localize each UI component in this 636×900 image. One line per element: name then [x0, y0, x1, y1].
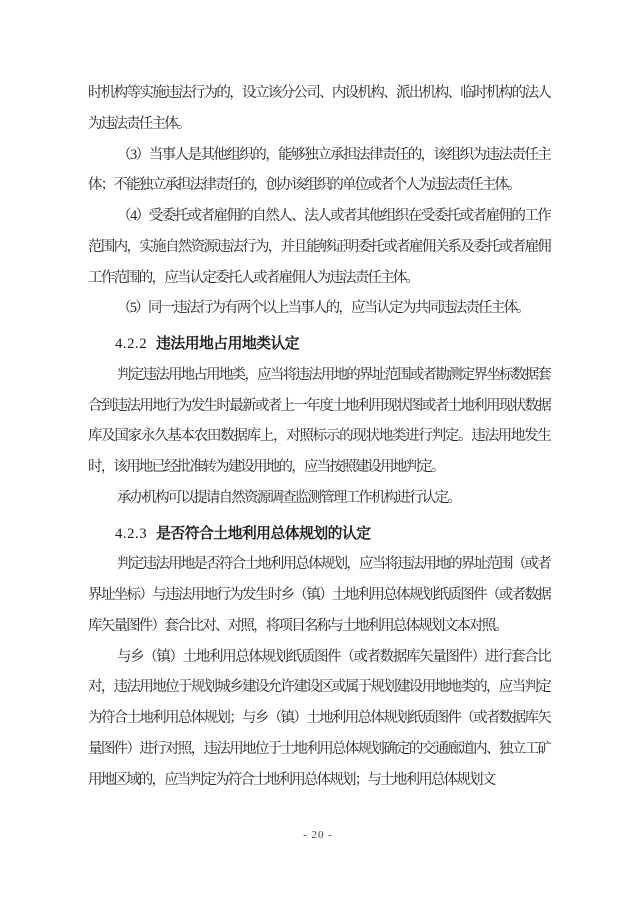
section-heading-4-2-3: 4.2.3是否符合土地利用总体规划的认定	[88, 519, 550, 550]
page-number: - 20 -	[0, 829, 636, 841]
section-heading-4-2-2: 4.2.2违法用地占用地类认定	[88, 329, 550, 360]
heading-number: 4.2.2	[115, 336, 147, 352]
paragraph-item-3: （3）当事人是其他组织的，能够独立承担法律责任的，该组织为违法责任主体；不能独立…	[88, 140, 550, 202]
paragraph-item-5: （5）同一违法行为有两个以上当事人的，应当认定为共同违法责任主体。	[88, 293, 550, 324]
paragraph-continuation: 时机构等实施违法行为的，设立该分公司、内设机构、派出机构、临时机构的法人为违法责…	[88, 78, 550, 140]
paragraph-overall-plan-determination: 判定违法用地是否符合土地利用总体规划，应当将违法用地的界址范围（或者界址坐标）与…	[88, 549, 550, 641]
paragraph-overlay-comparison: 与乡（镇）土地利用总体规划纸质图件（或者数据库矢量图件）进行套合比对，违法用地位…	[88, 642, 550, 796]
document-page: 时机构等实施违法行为的，设立该分公司、内设机构、派出机构、临时机构的法人为违法责…	[0, 0, 636, 900]
heading-title: 是否符合土地利用总体规划的认定	[156, 526, 370, 542]
body-text-region: 时机构等实施违法行为的，设立该分公司、内设机构、派出机构、临时机构的法人为违法责…	[88, 78, 550, 795]
paragraph-item-4: （4）受委托或者雇佣的自然人、法人或者其他组织在受委托或者雇佣的工作范围内，实施…	[88, 201, 550, 293]
heading-number: 4.2.3	[115, 526, 147, 542]
paragraph-land-type-determination: 判定违法用地占用地类，应当将违法用地的界址范围或者勘测定界坐标数据套合到违法用地…	[88, 360, 550, 483]
heading-title: 违法用地占用地类认定	[156, 336, 299, 352]
paragraph-undertaking-agency: 承办机构可以提请自然资源调查监测管理工作机构进行认定。	[88, 483, 550, 514]
